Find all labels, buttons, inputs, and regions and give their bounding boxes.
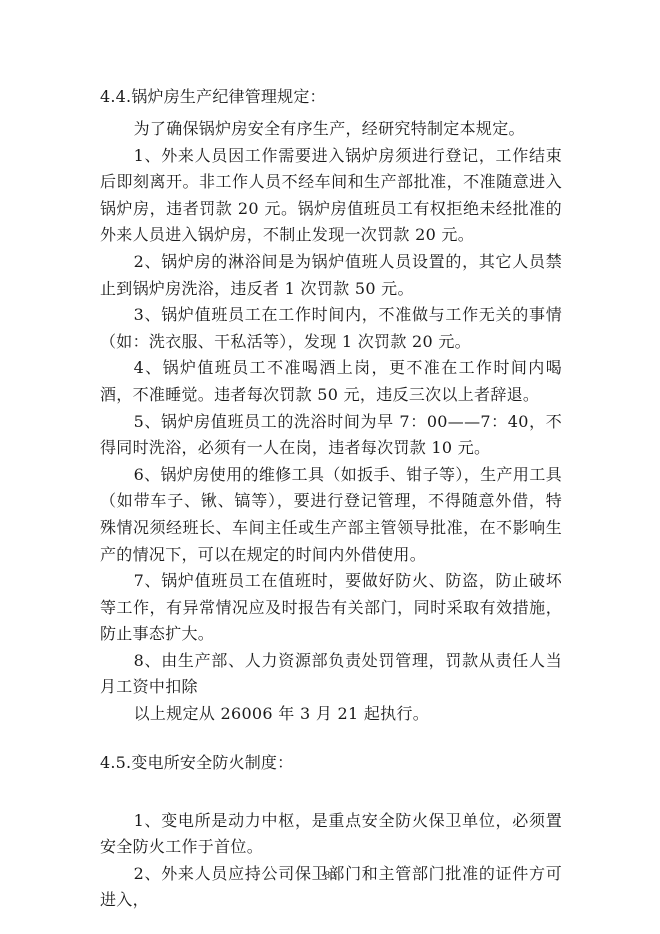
paragraph-rule-1: 1、外来人员因工作需要进入锅炉房须进行登记，工作结束后即刻离开。非工作人员不经车… <box>100 143 562 249</box>
paragraph-intro: 为了确保锅炉房安全有序生产，经研究特制定本规定。 <box>100 116 562 143</box>
paragraph-rule-5: 5、锅炉房值班员工的洗浴时间为早 7：00——7：40，不得同时洗浴，必须有一人… <box>100 409 562 462</box>
paragraph-rule-6: 6、锅炉房使用的维修工具（如扳手、钳子等），生产用工具（如带车子、锹、镐等），要… <box>100 462 562 568</box>
page-number: 80 <box>0 869 660 881</box>
paragraph-rule-8: 8、由生产部、人力资源部负责处罚管理，罚款从责任人当月工资中扣除 <box>100 648 562 701</box>
paragraph-rule-2: 2、锅炉房的淋浴间是为锅炉值班人员设置的，其它人员禁止到锅炉房洗浴，违反者 1 … <box>100 249 562 302</box>
spacer <box>100 782 562 808</box>
document-page: 4.4.锅炉房生产纪律管理规定： 为了确保锅炉房安全有序生产，经研究特制定本规定… <box>100 84 562 914</box>
section-heading: 4.5.变电所安全防火制度： <box>100 750 562 776</box>
paragraph-rule-4: 4、锅炉值班员工不准喝酒上岗，更不准在工作时间内喝酒，不准睡觉。违者每次罚款 5… <box>100 355 562 408</box>
paragraph-rule-1: 1、变电所是动力中枢，是重点安全防火保卫单位，必须置安全防火工作于首位。 <box>100 808 562 861</box>
section-substation-fire-safety: 4.5.变电所安全防火制度： 1、变电所是动力中枢，是重点安全防火保卫单位，必须… <box>100 750 562 914</box>
section-boiler-room-rules: 4.4.锅炉房生产纪律管理规定： 为了确保锅炉房安全有序生产，经研究特制定本规定… <box>100 84 562 728</box>
paragraph-effective-date: 以上规定从 26006 年 3 月 21 起执行。 <box>100 701 562 728</box>
paragraph-rule-3: 3、锅炉值班员工在工作时间内，不准做与工作无关的事情（如：洗衣服、干私活等），发… <box>100 302 562 355</box>
section-heading: 4.4.锅炉房生产纪律管理规定： <box>100 84 562 110</box>
paragraph-rule-7: 7、锅炉值班员工在值班时，要做好防火、防盗，防止破坏等工作，有异常情况应及时报告… <box>100 568 562 648</box>
